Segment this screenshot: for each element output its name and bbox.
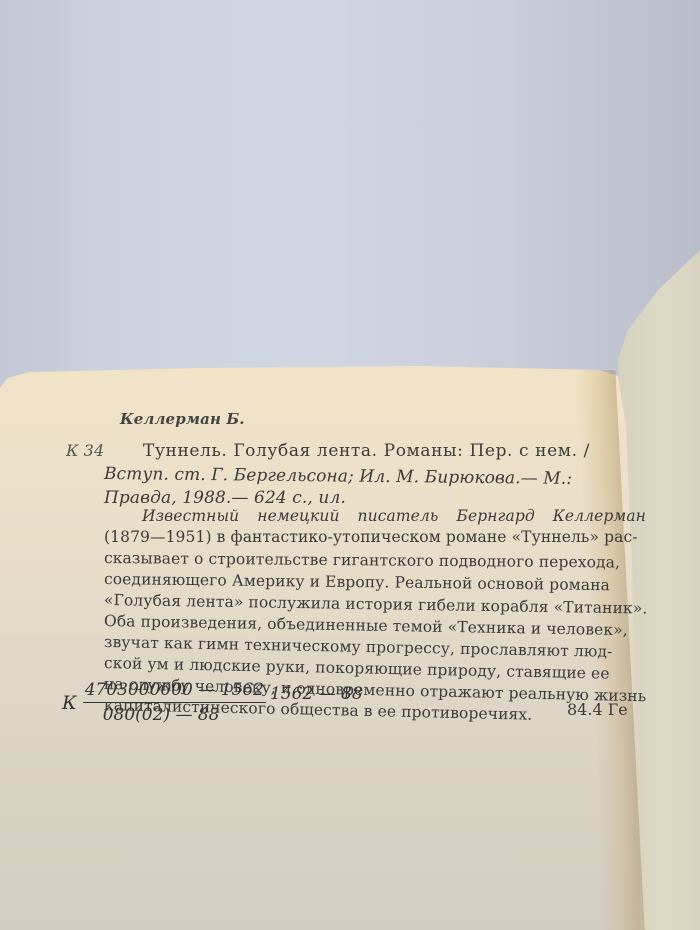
formula-fraction: 4703000000 — 1562 080(02) — 88 [83,680,266,725]
catalog-number: К 34 [66,441,104,460]
annotation-line: (1879—1951) в фантастико-утопическом ром… [104,528,638,546]
bibliographic-line: Туннель. Голубая лента. Романы: Пер. с н… [143,441,590,461]
classification-formula: К 4703000000 — 1562 080(02) — 88 1562 — … [62,680,363,725]
formula-numerator: 4703000000 — 1562 [83,680,266,703]
bbk-code: 84.4 Ге [567,700,628,719]
annotation-line: Известный немецкий писатель Бернгард Кел… [142,507,646,525]
formula-prefix: К [62,692,77,714]
formula-suffix: 1562 — 88 [270,684,363,704]
formula-denominator: 080(02) — 88 [83,703,222,725]
author-heading: Келлерман Б. [120,410,245,428]
bibliographic-line: Правда, 1988.— 624 с., ил. [104,488,346,508]
